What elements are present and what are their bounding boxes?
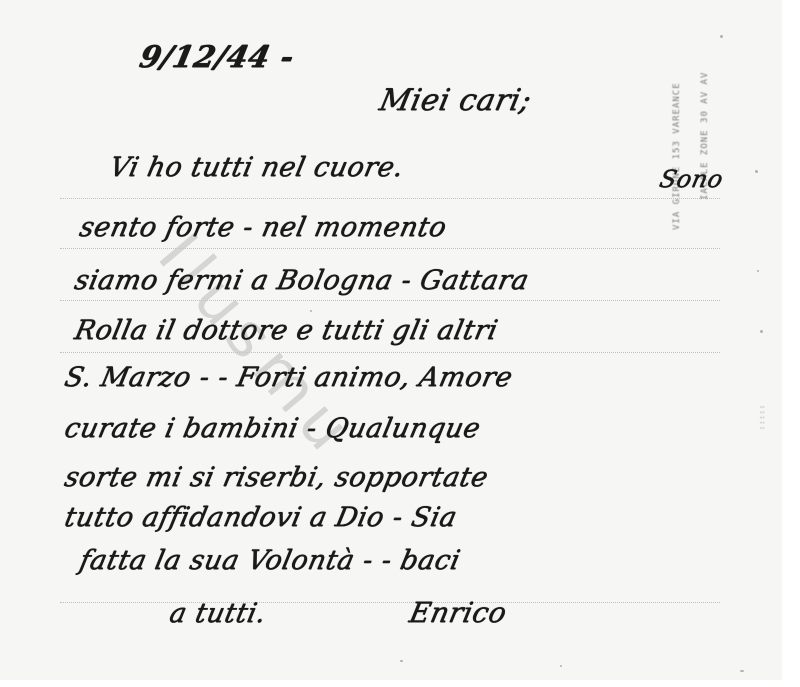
letter-paper: Ilusmu VIA GIRONE 153 VAREANCE IACALE ZO… (0, 0, 782, 680)
letter-line: siamo fermi a Bologna - Gattara (72, 265, 532, 296)
scan-speckle (755, 170, 758, 173)
scan-speckle (720, 35, 723, 38)
letter-line: Vi ho tutti nel cuore. (107, 152, 407, 183)
scan-speckle (757, 270, 759, 272)
ruled-line (60, 248, 720, 250)
letter-line: tutto affidandovi a Dio - Sia (62, 502, 460, 533)
scanned-letter-page: Ilusmu VIA GIRONE 153 VAREANCE IACALE ZO… (0, 0, 800, 687)
letter-line: Rolla il dottore e tutti gli altri (72, 315, 501, 346)
letter-line: sorte mi si riserbi, sopportate (62, 462, 491, 493)
ruled-line (60, 198, 720, 200)
letter-line: S. Marzo - - Forti animo, Amore (62, 362, 516, 393)
scan-speckle (310, 310, 312, 312)
ruled-line (60, 352, 720, 354)
letter-line: curate i bambini - Qualunque (62, 413, 484, 444)
scan-speckle (740, 670, 744, 672)
letter-date: 9/12/44 - (136, 40, 297, 75)
letter-line: fatta la sua Volontà - - baci (77, 545, 463, 576)
letter-line: Sono (657, 165, 726, 193)
side-stamp-mark: ::::: (758, 390, 766, 430)
letter-salutation: Miei cari; (376, 83, 534, 118)
letter-line: a tutti. (167, 598, 269, 629)
side-stamp-text: VIA GIRONE 153 VAREANCE (672, 0, 682, 230)
letter-signature: Enrico (406, 596, 509, 629)
scan-speckle (760, 330, 763, 333)
ruled-line (60, 300, 720, 302)
scan-speckle (560, 665, 562, 667)
letter-line: sento forte - nel momento (77, 212, 450, 243)
ruled-line (60, 602, 720, 604)
scan-speckle (400, 660, 403, 662)
